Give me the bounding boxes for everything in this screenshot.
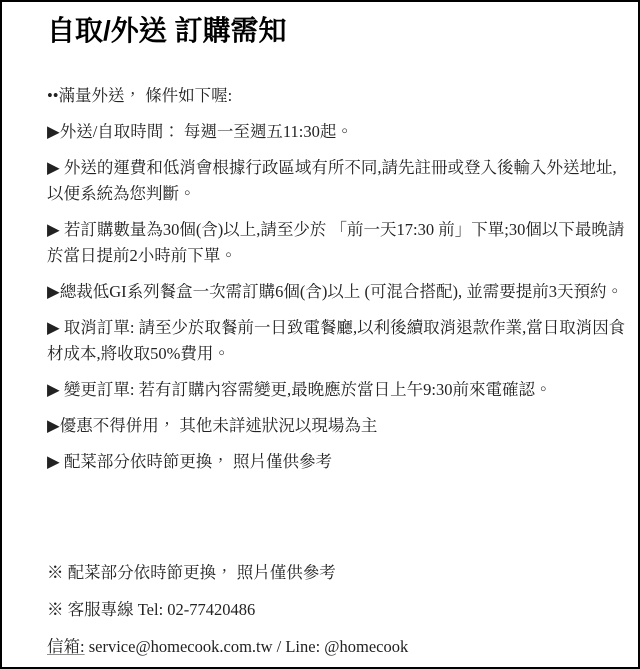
contact-line: 信箱: service@homecook.com.tw / Line: @hom…: [47, 634, 628, 660]
bullet-item: ▶ 取消訂單: 請至少於取餐前一日致電餐廳,以利後續取消退款作業,當日取消因食 …: [47, 315, 628, 367]
contact-details: service@homecook.com.tw / Line: @homecoo…: [85, 637, 409, 656]
bullet-item: ▶ 變更訂單: 若有訂購內容需變更,最晚應於當日上午9:30前來電確認。: [47, 377, 628, 403]
bullet-item: ▶ 外送的運費和低消會根據行政區域有所不同,請先註冊或登入後輸入外送地址, 以便…: [47, 155, 628, 207]
bullet-item: ▶總裁低GI系列餐盒一次需訂購6個(含)以上 (可混合搭配), 並需要提前3天預…: [47, 279, 628, 305]
bullet-item: ▶ 配菜部分依時節更換， 照片僅供參考: [47, 449, 628, 475]
order-notice-page: 自取/外送 訂購需知 ••滿量外送， 條件如下喔: ▶外送/自取時間： 每週一至…: [0, 0, 640, 669]
bullet-item: ▶ 若訂購數量為30個(含)以上,請至少於 「前一天17:30 前」下單;30個…: [47, 217, 628, 269]
bullet-item: ▶外送/自取時間： 每週一至週五11:30起。: [47, 119, 628, 145]
footnote-line: ※ 配菜部分依時節更換， 照片僅供參考: [47, 560, 628, 586]
footnote-section: ※ 配菜部分依時節更換， 照片僅供參考 ※ 客服專線 Tel: 02-77420…: [47, 560, 628, 660]
bullet-list: ▶外送/自取時間： 每週一至週五11:30起。 ▶ 外送的運費和低消會根據行政區…: [47, 119, 628, 475]
footnote-line: ※ 客服專線 Tel: 02-77420486: [47, 597, 628, 623]
intro-line: ••滿量外送， 條件如下喔:: [47, 83, 628, 109]
email-label: 信箱:: [47, 637, 85, 656]
page-title: 自取/外送 訂購需知: [47, 14, 628, 48]
bullet-item: ▶優惠不得併用， 其他未詳述狀況以現場為主: [47, 413, 628, 439]
